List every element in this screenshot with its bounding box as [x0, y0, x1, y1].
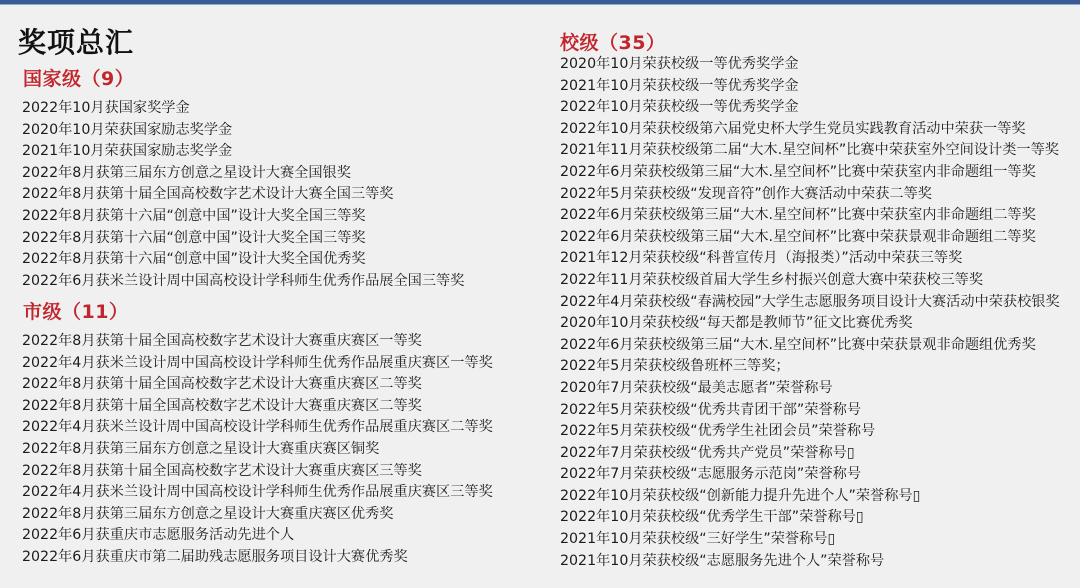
award-item: 2021年10月荣获校级一等优秀奖学金 — [560, 76, 1060, 98]
award-item: 2021年11月荣获校级第二届“大木.星空间杯”比赛中荣获室外空间设计类一等奖 — [560, 140, 1060, 162]
award-item: 2021年10月荣获校级“志愿服务先进个人”荣誉称号 — [560, 551, 1060, 573]
award-item: 2022年10月获国家奖学金 — [22, 98, 464, 120]
award-item: 2020年7月荣获校级“最美志愿者”荣誉称号 — [560, 378, 1060, 400]
award-list-school: 2020年10月荣获校级一等优秀奖学金 2021年10月荣获校级一等优秀奖学金 … — [560, 54, 1060, 572]
award-item: 2022年11月荣获校级首届大学生乡村振兴创意大赛中荣获校三等奖 — [560, 270, 1060, 292]
award-item: 2020年10月荣获校级“每天都是教师节”征文比赛优秀奖 — [560, 313, 1060, 335]
award-item: 2022年10月荣获校级“创新能力提升先进个人”荣誉称号▯ — [560, 486, 1060, 508]
section-heading-city: 市级（11） — [23, 300, 128, 324]
award-item: 2020年10月荣获校级一等优秀奖学金 — [560, 54, 1060, 76]
award-item: 2022年8月获第十届全国高校数字艺术设计大赛重庆赛区一等奖 — [22, 331, 493, 353]
award-item: 2022年10月荣获校级“优秀学生干部”荣誉称号▯ — [560, 507, 1060, 529]
award-item: 2022年5月荣获校级鲁班杯三等奖； — [560, 356, 1060, 378]
award-item: 2022年8月获第十六届“创意中国”设计大奖全国三等奖 — [22, 206, 464, 228]
award-item: 2021年10月荣获校级“三好学生”荣誉称号▯ — [560, 529, 1060, 551]
award-item: 2022年8月获第三届东方创意之星设计大赛全国银奖 — [22, 163, 464, 185]
award-item: 2022年6月获米兰设计周中国高校设计学科师生优秀作品展全国三等奖 — [22, 271, 464, 293]
award-item: 2022年8月获第十届全国高校数字艺术设计大赛重庆赛区二等奖 — [22, 396, 493, 418]
award-item: 2022年8月获第十六届“创意中国”设计大奖全国优秀奖 — [22, 249, 464, 271]
award-item: 2022年6月获重庆市志愿服务活动先进个人 — [22, 525, 493, 547]
award-item: 2022年8月获第十六届“创意中国”设计大奖全国三等奖 — [22, 228, 464, 250]
award-item: 2022年6月荣获校级第三届“大木.星空间杯”比赛中荣获室内非命题组二等奖 — [560, 205, 1060, 227]
award-item: 2022年5月荣获校级“发现音符”创作大赛活动中荣获二等奖 — [560, 184, 1060, 206]
award-item: 2022年8月获第十届全国高校数字艺术设计大赛重庆赛区二等奖 — [22, 374, 493, 396]
award-item: 2022年5月荣获校级“优秀共青团干部”荣誉称号 — [560, 400, 1060, 422]
award-item: 2022年6月荣获校级第三届“大木.星空间杯”比赛中荣获景观非命题组优秀奖 — [560, 335, 1060, 357]
award-item: 2022年10月荣获校级第六届党史杯大学生党员实践教育活动中荣获一等奖 — [560, 119, 1060, 141]
award-item: 2022年6月获重庆市第二届助残志愿服务项目设计大赛优秀奖 — [22, 547, 493, 569]
page-title: 奖项总汇 — [18, 25, 134, 61]
award-item: 2022年7月荣获校级“优秀共产党员”荣誉称号▯ — [560, 443, 1060, 465]
award-list-city: 2022年8月获第十届全国高校数字艺术设计大赛重庆赛区一等奖 2022年4月获米… — [22, 331, 493, 569]
award-item: 2021年12月荣获校级“科普宣传月（海报类）”活动中荣获三等奖 — [560, 248, 1060, 270]
award-item: 2022年8月获第三届东方创意之星设计大赛重庆赛区铜奖 — [22, 439, 493, 461]
top-bar — [0, 0, 1080, 5]
section-heading-national: 国家级（9） — [23, 67, 134, 91]
award-item: 2022年4月获米兰设计周中国高校设计学科师生优秀作品展重庆赛区一等奖 — [22, 353, 493, 375]
award-item: 2022年4月获米兰设计周中国高校设计学科师生优秀作品展重庆赛区二等奖 — [22, 417, 493, 439]
award-item: 2022年8月获第三届东方创意之星设计大赛重庆赛区优秀奖 — [22, 504, 493, 526]
award-item: 2022年6月荣获校级第三届“大木.星空间杯”比赛中荣获景观非命题组二等奖 — [560, 227, 1060, 249]
award-item: 2022年4月荣获校级“春满校园”大学生志愿服务项目设计大赛活动中荣获校银奖 — [560, 292, 1060, 314]
award-item: 2022年4月获米兰设计周中国高校设计学科师生优秀作品展重庆赛区三等奖 — [22, 482, 493, 504]
award-item: 2020年10月荣获国家励志奖学金 — [22, 120, 464, 142]
award-item: 2022年10月荣获校级一等优秀奖学金 — [560, 97, 1060, 119]
award-item: 2022年8月获第十届全国高校数字艺术设计大赛重庆赛区三等奖 — [22, 461, 493, 483]
award-item: 2021年10月荣获国家励志奖学金 — [22, 141, 464, 163]
award-item: 2022年8月获第十届全国高校数字艺术设计大赛全国三等奖 — [22, 184, 464, 206]
award-list-national: 2022年10月获国家奖学金 2020年10月荣获国家励志奖学金 2021年10… — [22, 98, 464, 292]
award-item: 2022年7月荣获校级“志愿服务示范岗”荣誉称号 — [560, 464, 1060, 486]
award-item: 2022年5月荣获校级“优秀学生社团会员”荣誉称号 — [560, 421, 1060, 443]
section-heading-school: 校级（35） — [560, 31, 665, 55]
award-item: 2022年6月荣获校级第三届“大木.星空间杯”比赛中荣获室内非命题组一等奖 — [560, 162, 1060, 184]
